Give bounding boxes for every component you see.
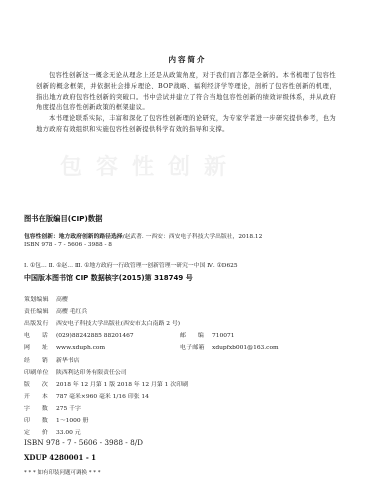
imprint-value: www.xduph.com <box>56 345 180 351</box>
imprint-value: 2018 年 12 月第 1 版 2018 年 12 月第 1 次印刷 <box>56 379 188 388</box>
imprint-value: 33.00 元 <box>56 427 81 436</box>
imprint-value: (029)88242885 88201467 <box>56 333 180 339</box>
imprint-row-phone: 电话(029)88242885 88201467邮编710071 <box>24 330 235 339</box>
imprint-value: 275 千字 <box>56 403 81 412</box>
imprint-row-word-count: 字数275 千字 <box>24 403 81 412</box>
cip-record-number: 中国版本图书馆 CIP 数据核字(2015)第 318749 号 <box>24 273 193 283</box>
imprint-row-format: 开本787 毫米×960 毫米 1/16 印张 14 <box>24 391 149 400</box>
imprint-key: 出版发行 <box>24 318 56 327</box>
imprint-key-2: 邮编 <box>180 330 212 339</box>
imprint-value: 787 毫米×960 毫米 1/16 印张 14 <box>56 391 149 400</box>
imprint-row-print-run: 印数1～1000 册 <box>24 415 88 424</box>
imprint-key: 开本 <box>24 391 56 400</box>
xdup-code: XDUP 4280001 - 1 <box>24 453 96 462</box>
imprint-key: 策划编辑 <box>24 294 56 303</box>
cip-isbn: ISBN 978 - 7 - 5606 - 3988 - 8 <box>24 242 112 248</box>
imprint-key: 字数 <box>24 403 56 412</box>
imprint-row-publisher: 出版发行西安电子科技大学出版社(西安市太白南路 2 号) <box>24 318 180 327</box>
imprint-row-edition: 版次2018 年 12 月第 1 版 2018 年 12 月第 1 次印刷 <box>24 379 188 388</box>
imprint-row-responsible-editor: 责任编辑高樱 毛红兵 <box>24 306 87 315</box>
summary-title: 内容简介 <box>0 54 375 65</box>
imprint-key: 网址 <box>24 342 56 351</box>
imprint-value: 新华书店 <box>56 355 80 364</box>
imprint-value: 1～1000 册 <box>56 415 88 424</box>
imprint-row-price: 定价33.00 元 <box>24 427 81 436</box>
imprint-value-2: 710071 <box>212 333 235 339</box>
imprint-key: 电话 <box>24 330 56 339</box>
imprint-key: 责任编辑 <box>24 306 56 315</box>
imprint-value: 西安电子科技大学出版社(西安市太白南路 2 号) <box>56 318 180 327</box>
summary-paragraph-2: 本书理论联系实际，丰富和深化了包容性创新理的论研究，为专家学者进一步研究提供参考… <box>36 114 336 136</box>
print-defect-notice: * * * 如有印装问题可调换 * * * <box>24 468 101 476</box>
imprint-key: 印刷单位 <box>24 367 56 376</box>
imprint-row-website: 网址www.xduph.com电子邮箱xdupfxb001@163.com <box>24 342 279 351</box>
cip-classification: Ⅰ. ①包… Ⅱ. ①赵… Ⅲ. ①地方政府一行政管理一创新管理一研究一中国 Ⅳ… <box>24 260 238 269</box>
imprint-key: 版次 <box>24 379 56 388</box>
imprint-value-2: xdupfxb001@163.com <box>212 345 279 351</box>
imprint-row-printer: 印刷单位陕西利达印务有限责任公司 <box>24 367 127 376</box>
imprint-isbn-full: ISBN 978 - 7 - 5606 - 3988 - 8/D <box>24 438 143 447</box>
cip-author-publisher: /赵武著. 一西安：西安电子科技大学出版社，2018.12 <box>123 234 263 240</box>
cip-book-title: 包容性创新：地方政府创新的路径选择 <box>24 234 123 240</box>
imprint-row-planning-editor: 策划编辑高樱 <box>24 294 68 303</box>
cip-title-line: 包容性创新：地方政府创新的路径选择/赵武著. 一西安：西安电子科技大学出版社，2… <box>24 231 262 240</box>
imprint-row-distributor: 经销新华书店 <box>24 355 80 364</box>
imprint-value: 高樱 <box>56 294 68 303</box>
imprint-key-2: 电子邮箱 <box>180 342 212 351</box>
cip-heading: 图书在版编目(CIP)数据 <box>24 214 102 224</box>
imprint-value: 高樱 毛红兵 <box>56 306 87 315</box>
bleed-through-watermark: 包容性创新 <box>60 150 240 181</box>
imprint-key: 印数 <box>24 415 56 424</box>
summary-paragraph-1: 包容性创新这一概念无论从理念上还是从政策角度，对于我们而言都是全新的。本书梳理了… <box>36 71 336 114</box>
imprint-value: 陕西利达印务有限责任公司 <box>56 367 127 376</box>
imprint-key: 经销 <box>24 355 56 364</box>
imprint-key: 定价 <box>24 427 56 436</box>
